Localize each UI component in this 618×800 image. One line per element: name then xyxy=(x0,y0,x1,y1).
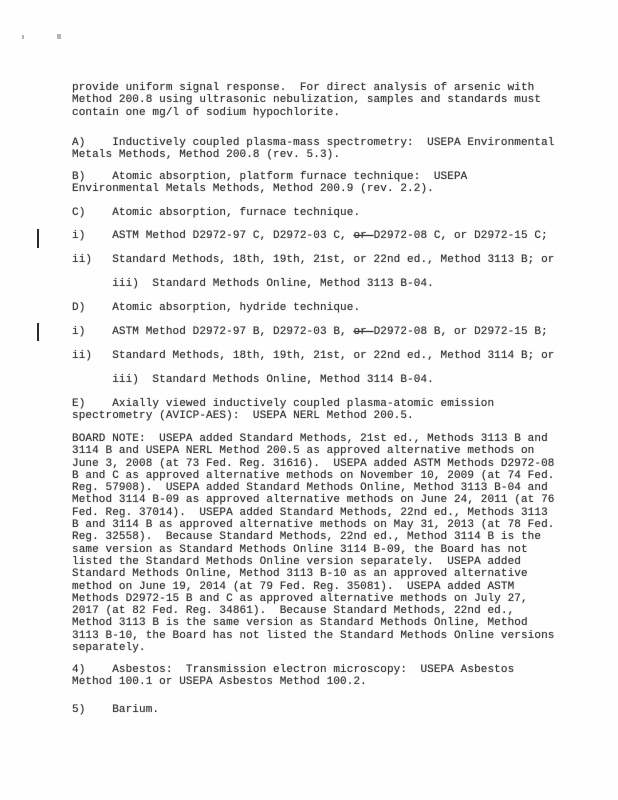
text-line: method on June 19, 2014 (at 79 Fed. Reg.… xyxy=(72,581,554,593)
text-line: B and C as approved alternative methods … xyxy=(72,470,554,482)
text-line: listed the Standard Methods Online versi… xyxy=(72,556,554,568)
text-line: June 3, 2008 (at 73 Fed. Reg. 31616). US… xyxy=(72,458,554,470)
text-segment: Fed. Reg. 37014). USEPA added Standard M… xyxy=(72,507,548,519)
text-segment: D2972-08 B, or D2972-15 B; xyxy=(374,326,548,338)
paragraph-item-5: 5) Barium. xyxy=(72,704,159,716)
paragraph-item-d-iii: iii) Standard Methods Online, Method 311… xyxy=(72,374,434,386)
struck-text: or xyxy=(353,230,373,242)
scanned-page: provide uniform signal response. For dir… xyxy=(0,0,618,800)
text-line: contain one mg/l of sodium hypochlorite. xyxy=(72,107,541,119)
text-line: Methods D2972-15 B and C as approved alt… xyxy=(72,593,554,605)
text-line: A) Inductively coupled plasma-mass spect… xyxy=(72,137,554,149)
text-segment: C) Atomic absorption, furnace technique. xyxy=(72,207,360,219)
text-line: Method 200.8 using ultrasonic nebulizati… xyxy=(72,94,541,106)
text-segment: 4) Asbestos: Transmission electron micro… xyxy=(72,664,514,676)
text-segment: A) Inductively coupled plasma-mass spect… xyxy=(72,137,554,149)
paragraph-item-c: C) Atomic absorption, furnace technique. xyxy=(72,207,360,219)
paragraph-item-d: D) Atomic absorption, hydride technique. xyxy=(72,302,360,314)
text-line: Method 100.1 or USEPA Asbestos Method 10… xyxy=(72,676,514,688)
text-segment: June 3, 2008 (at 73 Fed. Reg. 31616). US… xyxy=(72,458,554,470)
text-line: iii) Standard Methods Online, Method 311… xyxy=(72,278,434,290)
paragraph-item-c-ii: ii) Standard Methods, 18th, 19th, 21st, … xyxy=(72,254,554,266)
text-line: D) Atomic absorption, hydride technique. xyxy=(72,302,360,314)
text-segment: spectrometry (AVICP-AES): USEPA NERL Met… xyxy=(72,410,414,422)
text-segment: iii) Standard Methods Online, Method 311… xyxy=(72,374,434,386)
text-line: Fed. Reg. 37014). USEPA added Standard M… xyxy=(72,507,554,519)
text-segment: ii) Standard Methods, 18th, 19th, 21st, … xyxy=(72,350,554,362)
text-line: iii) Standard Methods Online, Method 311… xyxy=(72,374,434,386)
paragraph-item-d-ii: ii) Standard Methods, 18th, 19th, 21st, … xyxy=(72,350,554,362)
text-segment: separately. xyxy=(72,642,146,654)
text-segment: Method 3114 B-09 as approved alternative… xyxy=(72,494,554,506)
text-line: E) Axially viewed inductively coupled pl… xyxy=(72,398,494,410)
text-line: ii) Standard Methods, 18th, 19th, 21st, … xyxy=(72,350,554,362)
text-line: 5) Barium. xyxy=(72,704,159,716)
text-line: 2017 (at 82 Fed. Reg. 34861). Because St… xyxy=(72,605,554,617)
text-line: ii) Standard Methods, 18th, 19th, 21st, … xyxy=(72,254,554,266)
text-line: B) Atomic absorption, platform furnace t… xyxy=(72,171,467,183)
text-line: provide uniform signal response. For dir… xyxy=(72,82,541,94)
text-segment: Environmental Metals Methods, Method 200… xyxy=(72,183,434,195)
text-segment: Method 200.8 using ultrasonic nebulizati… xyxy=(72,94,541,106)
struck-text: or xyxy=(353,326,373,338)
text-line: 3114 B and USEPA NERL Method 200.5 as ap… xyxy=(72,445,554,457)
text-line: i) ASTM Method D2972-97 B, D2972-03 B, o… xyxy=(72,326,548,338)
paragraph-item-c-i: i) ASTM Method D2972-97 C, D2972-03 C, o… xyxy=(72,230,548,242)
text-segment: listed the Standard Methods Online versi… xyxy=(72,556,521,568)
paragraph-board-note: BOARD NOTE: USEPA added Standard Methods… xyxy=(72,433,554,654)
text-line: Reg. 57908). USEPA added Standard Method… xyxy=(72,482,554,494)
text-segment: B and 3114 B as approved alternative met… xyxy=(72,519,554,531)
text-segment: Reg. 32558). Because Standard Methods, 2… xyxy=(72,531,541,543)
text-line: spectrometry (AVICP-AES): USEPA NERL Met… xyxy=(72,410,494,422)
text-line: Reg. 32558). Because Standard Methods, 2… xyxy=(72,531,554,543)
paragraph-item-4: 4) Asbestos: Transmission electron micro… xyxy=(72,664,514,689)
text-segment: Method 100.1 or USEPA Asbestos Method 10… xyxy=(72,676,367,688)
text-line: C) Atomic absorption, furnace technique. xyxy=(72,207,360,219)
text-segment: BOARD NOTE: USEPA added Standard Methods… xyxy=(72,433,548,445)
text-segment: provide uniform signal response. For dir… xyxy=(72,82,534,94)
text-segment: i) ASTM Method D2972-97 B, D2972-03 B, xyxy=(72,326,353,338)
text-segment: E) Axially viewed inductively coupled pl… xyxy=(72,398,494,410)
text-line: Standard Methods Online, Method 3113 B-1… xyxy=(72,568,554,580)
text-line: B and 3114 B as approved alternative met… xyxy=(72,519,554,531)
text-segment: D2972-08 C, or D2972-15 C; xyxy=(374,230,548,242)
text-line: same version as Standard Methods Online … xyxy=(72,544,554,556)
paragraph-item-e: E) Axially viewed inductively coupled pl… xyxy=(72,398,494,423)
text-segment: D) Atomic absorption, hydride technique. xyxy=(72,302,360,314)
text-line: 3113 B-10, the Board has not listed the … xyxy=(72,630,554,642)
paragraph-item-a: A) Inductively coupled plasma-mass spect… xyxy=(72,137,554,162)
text-segment: Method 3113 B is the same version as Sta… xyxy=(72,617,528,629)
text-line: 4) Asbestos: Transmission electron micro… xyxy=(72,664,514,676)
text-line: Metals Methods, Method 200.8 (rev. 5.3). xyxy=(72,149,554,161)
paragraph-item-d-i: i) ASTM Method D2972-97 B, D2972-03 B, o… xyxy=(72,326,548,338)
text-segment: 3114 B and USEPA NERL Method 200.5 as ap… xyxy=(72,445,534,457)
text-line: Environmental Metals Methods, Method 200… xyxy=(72,183,467,195)
text-segment: Reg. 57908). USEPA added Standard Method… xyxy=(72,482,548,494)
text-segment: iii) Standard Methods Online, Method 311… xyxy=(72,278,434,290)
text-segment: i) ASTM Method D2972-97 C, D2972-03 C, xyxy=(72,230,353,242)
text-segment: 5) Barium. xyxy=(72,704,159,716)
text-segment: ii) Standard Methods, 18th, 19th, 21st, … xyxy=(72,254,554,266)
text-segment: B) Atomic absorption, platform furnace t… xyxy=(72,171,467,183)
text-line: i) ASTM Method D2972-97 C, D2972-03 C, o… xyxy=(72,230,548,242)
text-segment: B and C as approved alternative methods … xyxy=(72,470,554,482)
paragraph-intro: provide uniform signal response. For dir… xyxy=(72,82,541,119)
text-line: BOARD NOTE: USEPA added Standard Methods… xyxy=(72,433,554,445)
text-segment: same version as Standard Methods Online … xyxy=(72,544,528,556)
paragraph-item-c-iii: iii) Standard Methods Online, Method 311… xyxy=(72,278,434,290)
text-segment: method on June 19, 2014 (at 79 Fed. Reg.… xyxy=(72,581,514,593)
text-segment: 3113 B-10, the Board has not listed the … xyxy=(72,630,554,642)
text-segment: Metals Methods, Method 200.8 (rev. 5.3). xyxy=(72,149,340,161)
text-segment: 2017 (at 82 Fed. Reg. 34861). Because St… xyxy=(72,605,514,617)
document-body: provide uniform signal response. For dir… xyxy=(0,0,618,800)
text-line: Method 3113 B is the same version as Sta… xyxy=(72,617,554,629)
text-line: Method 3114 B-09 as approved alternative… xyxy=(72,494,554,506)
text-segment: Standard Methods Online, Method 3113 B-1… xyxy=(72,568,528,580)
text-segment: Methods D2972-15 B and C as approved alt… xyxy=(72,593,528,605)
text-line: separately. xyxy=(72,642,554,654)
text-segment: contain one mg/l of sodium hypochlorite. xyxy=(72,107,340,119)
paragraph-item-b: B) Atomic absorption, platform furnace t… xyxy=(72,171,467,196)
